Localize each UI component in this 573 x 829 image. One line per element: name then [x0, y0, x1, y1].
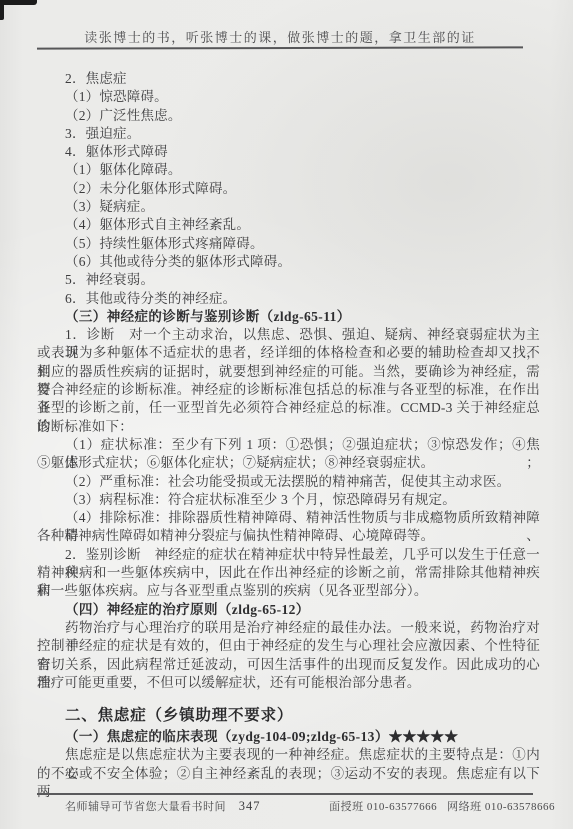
- paragraph-line: 1．诊断 对一个主动求治，以焦虑、恐惧、强迫、疑病、神经衰弱症状为主诉，: [37, 326, 540, 344]
- paragraph-line: 2．鉴别诊断 神经症的症状在精神症状中特异性最差，几乎可以发生于任意一种: [37, 546, 540, 564]
- paragraph-line: （1）症状标准：至少有下列 1 项：①恐惧；②强迫症状；③惊恐发作；④焦虑；: [37, 436, 540, 454]
- page-number: 347: [239, 799, 261, 814]
- footer-slogan: 名师辅导可节省您大量看书时间: [37, 798, 226, 814]
- paragraph-line: 治疗可能更重要，不但可以缓解症状，还有可能根治部分患者。: [37, 674, 540, 692]
- section-heading: （三）神经症的诊断与鉴别诊断（zldg-65-11）: [37, 308, 540, 326]
- paragraph-line: 焦虑症是以焦虑症状为主要表现的一种神经症。焦虑症状的主要特点是：①内心: [37, 746, 540, 764]
- scan-artifact-corner-mark: [0, 0, 4, 20]
- paragraph-line: 诊断标准如下：: [37, 418, 540, 436]
- paragraph-line: 符合神经症的诊断标准。神经症的诊断标准包括总的标准与各亚型的标准，在作出各: [37, 381, 540, 399]
- section-heading: （四）神经症的治疗原则（zldg-65-12）: [37, 601, 540, 619]
- list-item-line: 3．强迫症。: [37, 125, 540, 143]
- page-footer: 名师辅导可节省您大量看书时间 347 面授班 010-63577666 网络班 …: [37, 798, 555, 814]
- chapter-heading: 二、焦虑症（乡镇助理不要求）: [37, 704, 540, 728]
- paragraph-line: （2）严重标准：社会功能受损或无法摆脱的精神痛苦，促使其主动求医。: [37, 473, 540, 491]
- footer-contact-online: 网络班 010-63578666: [447, 798, 555, 814]
- list-item-line: （5）持续性躯体形式疼痛障碍。: [37, 235, 540, 253]
- scan-artifact-corner-mark: [0, 0, 37, 5]
- footer-contacts: 面授班 010-63577666 网络班 010-63578666: [329, 798, 555, 814]
- list-item-line: （2）广泛性焦虑。: [37, 107, 540, 125]
- footer-rule: [37, 793, 533, 795]
- footer-contact-onsite: 面授班 010-63577666: [329, 798, 437, 814]
- list-item-line: 6．其他或待分类的神经症。: [37, 290, 540, 308]
- list-item-line: 5．神经衰弱。: [37, 271, 540, 289]
- list-item-line: （1）躯体化障碍。: [37, 161, 540, 179]
- section-heading: （一）焦虑症的临床表现（zydg-104-09;zldg-65-13）★★★★★: [37, 728, 540, 746]
- content-column: 2．焦虑症（1）惊恐障碍。（2）广泛性焦虑。3．强迫症。4．躯体形式障碍（1）躯…: [37, 70, 540, 783]
- list-item-line: 4．躯体形式障碍: [37, 143, 540, 161]
- paragraph-line: （4）排除标准：排除器质性精神障碍、精神活性物质与非成瘾物质所致精神障碍、: [37, 509, 540, 527]
- list-item-line: （3）疑病症。: [37, 198, 540, 216]
- header-rule: [37, 46, 523, 49]
- scanned-book-page: 读张博士的书，听张博士的课，做张博士的题，拿卫生部的证 2．焦虑症（1）惊恐障碍…: [0, 0, 573, 829]
- paragraph-line: 或表现为多种躯体不适症状的患者，经详细的体格检查和必要的辅助检查却又找不到: [37, 344, 540, 362]
- paragraph-line: 药物治疗与心理治疗的联用是治疗神经症的最佳办法。一般来说，药物治疗对于: [37, 619, 540, 637]
- page-header-slogan: 读张博士的书，听张博士的课，做张博士的题，拿卫生部的证: [37, 27, 523, 46]
- list-item-line: （4）躯体形式自主神经紊乱。: [37, 216, 540, 234]
- paragraph-line: 的不安或不安全体验；②自主神经紊乱的表现；③运动不安的表现。焦虑症有以下两: [37, 765, 540, 783]
- paragraph-line: （3）病程标准：符合症状标准至少 3 个月，惊恐障碍另有规定。: [37, 491, 540, 509]
- paragraph-line: 精神疾病和一些躯体疾病中，因此在作出神经症的诊断之前，常需排除其他精神疾病: [37, 564, 540, 582]
- list-item-line: （2）未分化躯体形式障碍。: [37, 180, 540, 198]
- paragraph-line: 相应的器质性疾病的证据时，就要想到神经症的可能。当然，要确诊为神经症，需要: [37, 363, 540, 381]
- paragraph-line: 控制神经症的症状是有效的，但由于神经症的发生与心理社会应激因素、个性特征有: [37, 637, 540, 655]
- list-item-line: （6）其他或待分类的躯体形式障碍。: [37, 253, 540, 271]
- paragraph-line: 和一些躯体疾病。应与各亚型重点鉴别的疾病（见各亚型部分）。: [37, 582, 540, 600]
- paragraph-line: 密切关系，因此病程常迁延波动，可因生活事件的出现而反复发作。因此成功的心理: [37, 656, 540, 674]
- list-item-line: 2．焦虑症: [37, 70, 540, 88]
- list-item-line: （1）惊恐障碍。: [37, 88, 540, 106]
- paragraph-line: 亚型的诊断之前，任一亚型首先必须符合神经症总的标准。CCMD-3 关于神经症总的: [37, 399, 540, 417]
